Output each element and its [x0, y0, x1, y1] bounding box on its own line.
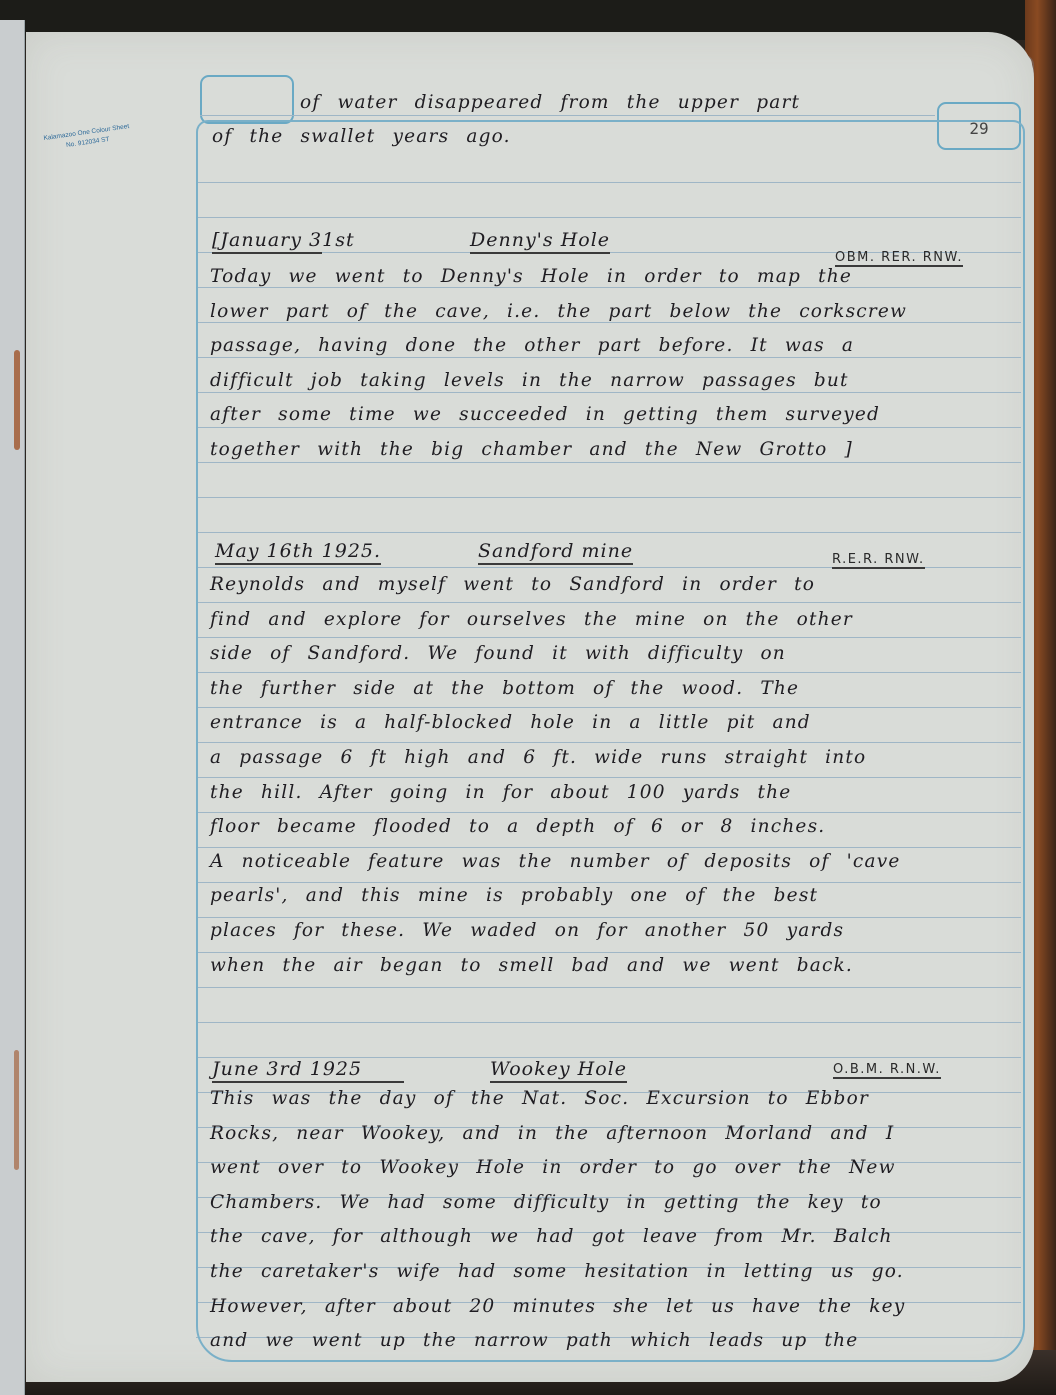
entry-line: Today we went to Denny's Hole in order t…: [210, 260, 1010, 295]
page-tear-mark: [14, 1050, 19, 1170]
entry-initials: R.E.R. RNW.: [832, 552, 925, 569]
entry-line: side of Sandford. We found it with diffi…: [210, 637, 1010, 672]
entry-line: This was the day of the Nat. Soc. Excurs…: [210, 1082, 1010, 1117]
entry-location: Denny's Hole: [470, 229, 610, 254]
entry-body: This was the day of the Nat. Soc. Excurs…: [210, 1082, 1010, 1359]
header-left-box: [200, 75, 294, 124]
entry-body: Today we went to Denny's Hole in order t…: [210, 260, 1010, 468]
page-tear-mark: [14, 350, 20, 450]
entry-line: lower part of the cave, i.e. the part be…: [210, 295, 1010, 330]
entry-line: a passage 6 ft high and 6 ft. wide runs …: [210, 741, 1010, 776]
entry-body: Reynolds and myself went to Sandford in …: [210, 568, 1010, 983]
entry-line: Rocks, near Wookey, and in the afternoon…: [210, 1117, 1010, 1152]
entry-line: difficult job taking levels in the narro…: [210, 364, 1010, 399]
entry-line: Reynolds and myself went to Sandford in …: [210, 568, 1010, 603]
entry-line: the cave, for although we had got leave …: [210, 1220, 1010, 1255]
entry-location: Wookey Hole: [490, 1058, 627, 1083]
entry-line: together with the big chamber and the Ne…: [210, 433, 1010, 468]
entry-line: places for these. We waded on for anothe…: [210, 914, 1010, 949]
entry-line: However, after about 20 minutes she let …: [210, 1290, 1010, 1325]
entry-line: find and explore for ourselves the mine …: [210, 603, 1010, 638]
entry-line: went over to Wookey Hole in order to go …: [210, 1151, 1010, 1186]
rule-line: [200, 115, 935, 116]
entry-line: A noticeable feature was the number of d…: [210, 845, 1010, 880]
entry-location: Sandford mine: [478, 540, 633, 565]
continuation-line-1: of water disappeared from the upper part: [300, 92, 1056, 113]
entry-date: June 3rd 1925: [212, 1058, 404, 1083]
entry-line: the further side at the bottom of the wo…: [210, 672, 1010, 707]
entry-line: Chambers. We had some difficulty in gett…: [210, 1186, 1010, 1221]
entry-line: passage, having done the other part befo…: [210, 329, 1010, 364]
entry-line: floor became flooded to a depth of 6 or …: [210, 810, 1010, 845]
entry-line: when the air began to smell bad and we w…: [210, 949, 1010, 984]
entry-line: the caretaker's wife had some hesitation…: [210, 1255, 1010, 1290]
entry-line: after some time we succeeded in getting …: [210, 398, 1010, 433]
entry-date: [January 31st: [212, 229, 322, 254]
entry-date: May 16th 1925.: [215, 540, 381, 565]
continuation-line-2: of the swallet years ago.: [212, 126, 1012, 147]
entry-line: the hill. After going in for about 100 y…: [210, 776, 1010, 811]
entry-line: and we went up the narrow path which lea…: [210, 1324, 1010, 1359]
entry-line: entrance is a half-blocked hole in a lit…: [210, 706, 1010, 741]
entry-initials: O.B.M. R.N.W.: [833, 1062, 941, 1079]
previous-page-edge: [0, 20, 25, 1395]
entry-line: pearls', and this mine is probably one o…: [210, 879, 1010, 914]
